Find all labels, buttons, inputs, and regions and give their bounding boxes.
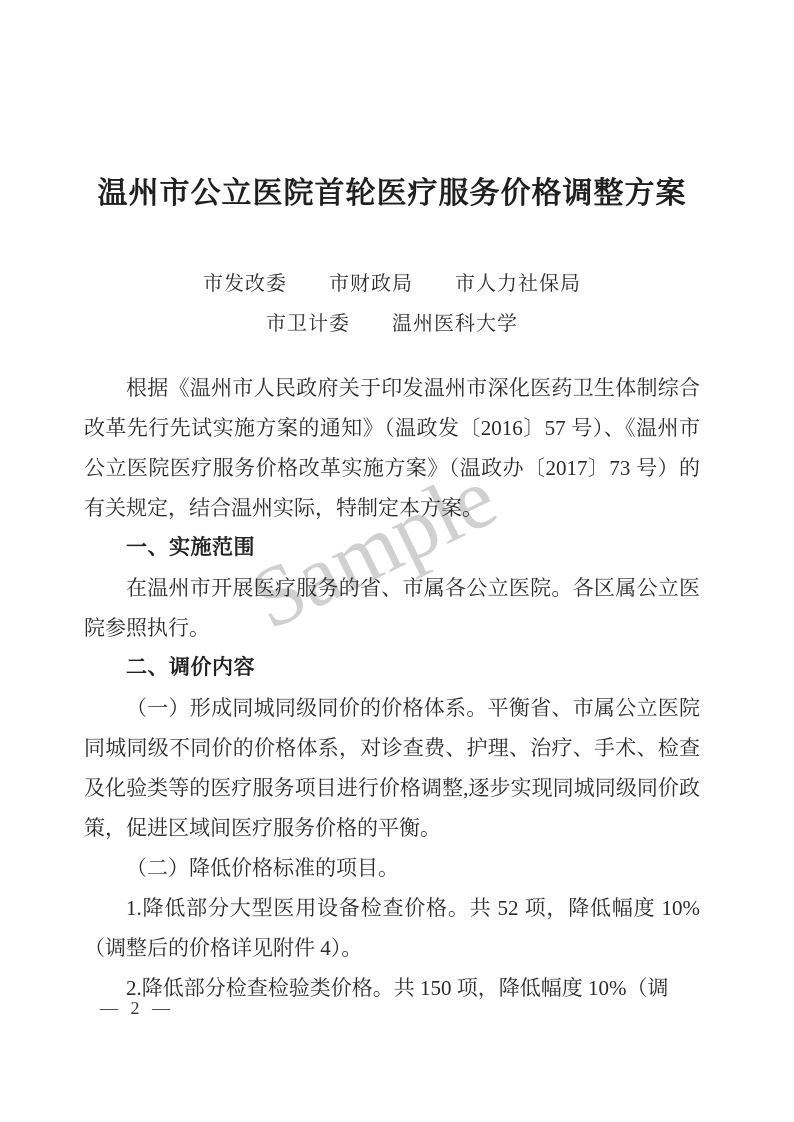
document-content: 温州市公立医院首轮医疗服务价格调整方案 市发改委 市财政局 市人力社保局 市卫计… [0,0,794,1008]
issuing-agencies: 市发改委 市财政局 市人力社保局 市卫计委 温州医科大学 [84,264,700,344]
paragraph-item-2-sub-1: 1.降低部分大型医用设备检查价格。共 52 项，降低幅度 10%（调整后的价格详… [84,888,700,968]
paragraph-intro: 根据《温州市人民政府关于印发温州市深化医药卫生体制综合改革先行先试实施方案的通知… [84,368,700,528]
page-number: — 2 — [100,998,174,1019]
paragraph-item-2: （二）降低价格标准的项目。 [84,848,700,888]
paragraph-item-1: （一）形成同城同级同价的价格体系。平衡省、市属公立医院同城同级不同价的价格体系，… [84,688,700,848]
section-heading-1: 一、实施范围 [84,528,700,568]
paragraph-item-2-sub-2: 2.降低部分检查检验类价格。共 150 项，降低幅度 10%（调 [84,968,700,1008]
issuers-line-2: 市卫计委 温州医科大学 [84,304,700,344]
issuers-line-1: 市发改委 市财政局 市人力社保局 [84,264,700,304]
document-body: 根据《温州市人民政府关于印发温州市深化医药卫生体制综合改革先行先试实施方案的通知… [84,368,700,1008]
document-title: 温州市公立医院首轮医疗服务价格调整方案 [84,176,700,212]
paragraph-scope: 在温州市开展医疗服务的省、市属各公立医院。各区属公立医院参照执行。 [84,568,700,648]
section-heading-2: 二、调价内容 [84,648,700,688]
document-page: Sample 温州市公立医院首轮医疗服务价格调整方案 市发改委 市财政局 市人力… [0,0,794,1122]
